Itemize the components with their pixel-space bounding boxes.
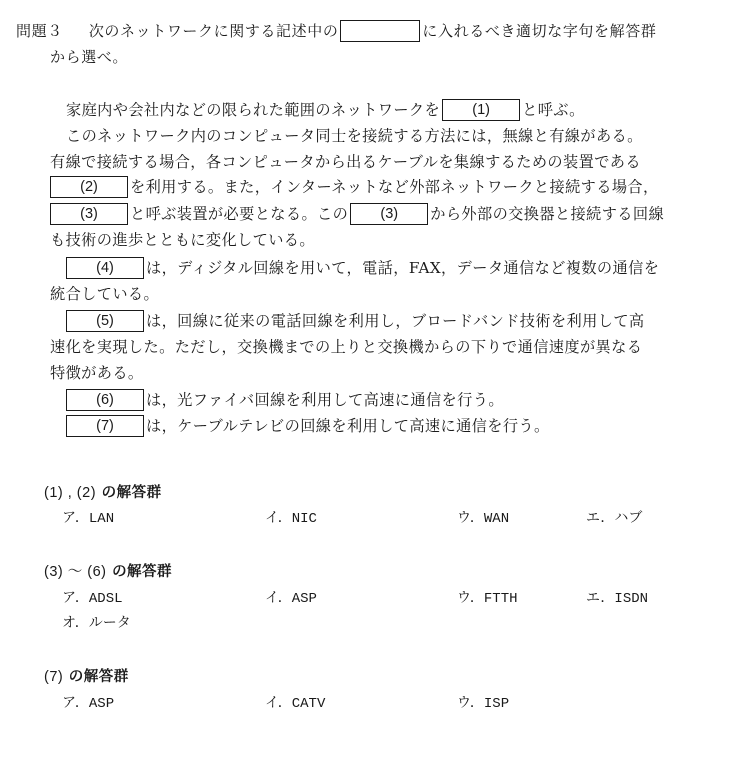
group-range: (1) , (2) <box>44 485 96 501</box>
choice-letter: ウ． <box>457 510 484 526</box>
blank-box-example <box>340 20 420 42</box>
blank-3-repeat[interactable]: (3) <box>350 203 428 225</box>
answer-group-title-3: (7) の解答群 <box>44 667 129 687</box>
group-label: の解答群 <box>102 485 162 501</box>
passage-text: から外部の交換器と接続する回線 <box>430 205 664 223</box>
blank-4[interactable]: (4) <box>66 257 144 279</box>
choice-letter: エ． <box>586 510 614 526</box>
choice-letter: エ． <box>586 590 614 606</box>
blank-6[interactable]: (6) <box>66 389 144 411</box>
group-range: (3) ～ (6) <box>44 564 107 580</box>
passage-p4-line1: (5)は，回線に従来の電話回線を利用し，ブロードバンド技術を利用して高 <box>64 310 645 332</box>
passage-text: は，回線に従来の電話回線を利用し，ブロードバンド技術を利用して高 <box>146 312 645 330</box>
passage-p5: (6)は，光ファイバ回線を利用して高速に通信を行う。 <box>64 389 504 411</box>
passage-p3-line1: (4)は，ディジタル回線を用いて，電話，FAX，データ通信など複数の通信を <box>64 257 659 279</box>
exam-page: 問題３次のネットワークに関する記述中のに入れるべき適切な字句を解答群 から選べ。… <box>0 0 743 764</box>
blank-2[interactable]: (2) <box>50 176 128 198</box>
choice-text: ADSL <box>89 591 123 607</box>
choice-text: NIC <box>292 511 317 527</box>
choice-text: WAN <box>484 511 509 527</box>
question-number: 問題３ <box>16 22 63 40</box>
choice-text: LAN <box>89 511 114 527</box>
choice-letter: ウ． <box>457 695 484 711</box>
choice-letter: ア． <box>62 695 89 711</box>
passage-p4-line3: 特徴がある。 <box>50 362 144 384</box>
instruction-text-cont: に入れるべき適切な字句を解答群 <box>422 22 656 40</box>
choice-3-a[interactable]: ア．ASP <box>62 693 114 714</box>
answer-group-title-2: (3) ～ (6) の解答群 <box>44 562 172 582</box>
choice-text: FTTH <box>484 591 518 607</box>
choice-letter: ウ． <box>457 590 484 606</box>
choice-1-a[interactable]: ア．LAN <box>62 508 114 529</box>
choice-2-u[interactable]: ウ．FTTH <box>457 588 518 609</box>
choice-3-i[interactable]: イ．CATV <box>265 693 325 714</box>
choice-1-u[interactable]: ウ．WAN <box>457 508 509 529</box>
choice-1-e[interactable]: エ．ハブ <box>586 508 642 529</box>
choice-text: ASP <box>292 591 317 607</box>
choice-letter: イ． <box>265 695 292 711</box>
passage-p2-line5: も技術の進歩とともに変化している。 <box>50 229 315 251</box>
choice-text: ISP <box>484 696 509 712</box>
choice-letter: イ． <box>265 510 292 526</box>
passage-p1: 家庭内や会社内などの限られた範囲のネットワークを(1)と呼ぶ。 <box>66 99 585 121</box>
answer-group-title-1: (1) , (2) の解答群 <box>44 483 162 503</box>
blank-1[interactable]: (1) <box>442 99 520 121</box>
choice-letter: イ． <box>265 590 292 606</box>
question-header: 問題３次のネットワークに関する記述中のに入れるべき適切な字句を解答群 <box>16 20 656 42</box>
passage-text: 家庭内や会社内などの限られた範囲のネットワークを <box>66 101 440 119</box>
choice-text: ASP <box>89 696 114 712</box>
group-label: の解答群 <box>69 669 129 685</box>
passage-text: は，光ファイバ回線を利用して高速に通信を行う。 <box>146 391 504 409</box>
passage-text: を利用する。また，インターネットなど外部ネットワークと接続する場合， <box>130 178 659 196</box>
passage-p6: (7)は，ケーブルテレビの回線を利用して高速に通信を行う。 <box>64 415 550 437</box>
passage-p3-line2: 統合している。 <box>50 283 159 305</box>
group-range: (7) <box>44 669 63 685</box>
choice-text: ハブ <box>614 510 642 526</box>
passage-p2-line3: (2)を利用する。また，インターネットなど外部ネットワークと接続する場合， <box>48 176 659 198</box>
passage-p2-line2: 有線で接続する場合，各コンピュータから出るケーブルを集線するための装置である <box>50 151 641 173</box>
passage-p4-line2: 速化を実現した。ただし，交換機までの上りと交換機からの下りで通信速度が異なる <box>50 336 642 358</box>
passage-text: と呼ぶ。 <box>522 101 585 119</box>
choice-3-u[interactable]: ウ．ISP <box>457 693 509 714</box>
group-label: の解答群 <box>112 564 172 580</box>
choice-text: CATV <box>292 696 326 712</box>
instruction-text: 次のネットワークに関する記述中の <box>89 22 339 40</box>
passage-text: は，ディジタル回線を用いて，電話，FAX，データ通信など複数の通信を <box>146 259 659 277</box>
instruction-line-2: から選べ。 <box>50 46 128 68</box>
choice-letter: ア． <box>62 590 89 606</box>
choice-text: ルータ <box>89 615 131 631</box>
passage-p2-line4: (3)と呼ぶ装置が必要となる。この(3)から外部の交換器と接続する回線 <box>48 203 664 225</box>
blank-3[interactable]: (3) <box>50 203 128 225</box>
passage-p2-line1: このネットワーク内のコンピュータ同士を接続する方法には，無線と有線がある。 <box>66 125 643 147</box>
choice-1-i[interactable]: イ．NIC <box>265 508 317 529</box>
choice-letter: オ． <box>62 615 89 631</box>
choice-2-i[interactable]: イ．ASP <box>265 588 317 609</box>
choice-text: ISDN <box>614 591 648 607</box>
choice-letter: ア． <box>62 510 89 526</box>
blank-7[interactable]: (7) <box>66 415 144 437</box>
choice-2-a[interactable]: ア．ADSL <box>62 588 123 609</box>
choice-2-o[interactable]: オ．ルータ <box>62 613 131 634</box>
blank-5[interactable]: (5) <box>66 310 144 332</box>
passage-text: は，ケーブルテレビの回線を利用して高速に通信を行う。 <box>146 417 550 435</box>
choice-2-e[interactable]: エ．ISDN <box>586 588 648 609</box>
passage-text: と呼ぶ装置が必要となる。この <box>130 205 348 223</box>
